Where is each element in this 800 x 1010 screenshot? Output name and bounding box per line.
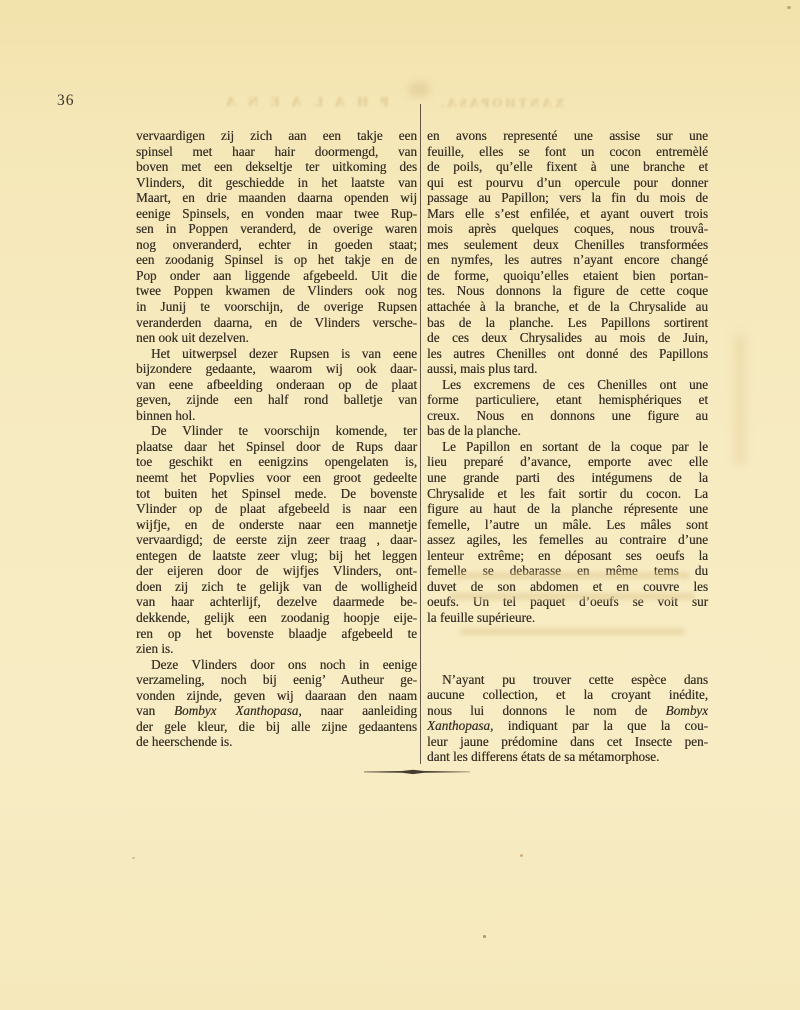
paper-show-through-mark xyxy=(735,335,745,465)
text-line: de poils, qu’elle fixent à une branche e… xyxy=(427,159,708,175)
species-name-emphasis: Bombyx xyxy=(666,703,708,718)
text-line: dant les differens états de sa métamorph… xyxy=(427,749,708,765)
text-line: les autres Chenilles ont donné des Papil… xyxy=(427,346,708,362)
text-line: femelle, l’autre un mâle. Les mâles sont xyxy=(427,517,708,533)
text-line: assez agiles, les femelles au contraire … xyxy=(427,532,708,548)
text-line: sen in Poppen veranderd, de overige ware… xyxy=(136,221,417,237)
text-line: feuille, elles se font un cocon entremèl… xyxy=(427,144,708,160)
text-line: der gele kleur, die bij alle zijne gedaa… xyxy=(136,719,417,735)
section-end-rule xyxy=(364,768,470,776)
text-line: aucune collection, et la croyant inédite… xyxy=(427,687,708,703)
paragraph: Les excremens de ces Chenilles ont unefo… xyxy=(427,377,708,439)
text-line: een zoodanig Spinsel is op het takje en … xyxy=(136,252,417,268)
paragraph: Het uitwerpsel dezer Rupsen is van eeneb… xyxy=(136,346,417,424)
text-line: eenige Spinsels, en vonden maar twee Rup… xyxy=(136,206,417,222)
paper-smudge xyxy=(408,82,430,97)
text-line: lenteur extrême; en déposant ses oeufs l… xyxy=(427,548,708,564)
paper-speck xyxy=(483,935,486,938)
text-line: Chrysalide et les fait sortir du cocon. … xyxy=(427,486,708,502)
text-line: vervaardigen zij zich aan een takje een xyxy=(136,128,417,144)
text-line: N’ayant pu trouver cette espèce dans xyxy=(427,672,708,688)
text-line: Les excremens de ces Chenilles ont une xyxy=(427,377,708,393)
text-line: van eene afbeelding onderaan op de plaat xyxy=(136,377,417,393)
text-line: plaatse daar het Spinsel door de Rups da… xyxy=(136,439,417,455)
column-divider-rule xyxy=(420,104,421,764)
text-line: van haar achterlijf, dezelve daarmede be… xyxy=(136,594,417,610)
paper-speck xyxy=(520,854,523,857)
text-line: van Bombyx Xanthopasa, naar aanleiding xyxy=(136,703,417,719)
text-line: De Vlinder te voorschijn komende, ter xyxy=(136,423,417,439)
text-line: en nymfes, les autres n’ayant encore cha… xyxy=(427,252,708,268)
text-line: mes seulement deux Chenilles transformée… xyxy=(427,237,708,253)
text-line: Deze Vlinders door ons noch in eenige xyxy=(136,657,417,673)
text-line: forme particuliere, etant hemisphériques… xyxy=(427,392,708,408)
text-line: la feuille supérieure. xyxy=(427,610,708,626)
text-line: de forme, quoiqu’elles etaient bien port… xyxy=(427,268,708,284)
show-through-ghost-text-right: XANTHOPASA. xyxy=(438,95,564,111)
text-line: binnen hol. xyxy=(136,408,417,424)
paragraph: N’ayant pu trouver cette espèce dansaucu… xyxy=(427,672,708,765)
text-line: tes. Nous donnons la figure de cette coq… xyxy=(427,283,708,299)
paper-speck xyxy=(132,857,135,859)
paper-show-through-mark xyxy=(460,628,685,635)
text-line: Vlinders, dit geschiedde in het laatste … xyxy=(136,175,417,191)
text-line: Maart, en drie maanden daarna openden wi… xyxy=(136,190,417,206)
text-line: lieu preparé d’avance, emporte avec elle xyxy=(427,454,708,470)
text-line: spinsel met haar hair doormengd, van xyxy=(136,144,417,160)
text-line: bas de la planche. xyxy=(427,423,708,439)
text-line: vonden zijnde, geven wij daaraan den naa… xyxy=(136,688,417,704)
paragraph: vervaardigen zij zich aan een takje eens… xyxy=(136,128,417,346)
text-line: neemt het Popvlies voor een groot gedeel… xyxy=(136,470,417,486)
paper-speck xyxy=(787,6,791,9)
text-line: wijfje, en de onderste naar een mannetje xyxy=(136,517,417,533)
text-line: de heerschende is. xyxy=(136,734,417,750)
text-line: nen ook uit dezelven. xyxy=(136,330,417,346)
text-line: ren op het bovenste blaadje afgebeeld te xyxy=(136,626,417,642)
text-line: in Junij te voorschijn, de overige Rupse… xyxy=(136,299,417,315)
species-name-emphasis: Bombyx xyxy=(174,703,216,718)
text-line: une grande parti des intégumens de la xyxy=(427,470,708,486)
text-line: bijzondere gedaante, waarom wij ook daar… xyxy=(136,361,417,377)
text-line: der eijeren door de wijfjes Vlinders, on… xyxy=(136,563,417,579)
text-line: dekkende, gelijk een zoodanig hoopje eij… xyxy=(136,610,417,626)
text-line: en avons representé une assise sur une xyxy=(427,128,708,144)
book-page: PHALAENA XANTHOPASA. 36 vervaardigen zij… xyxy=(0,0,800,1010)
text-line: toe geschikt en eenigzins opengelaten is… xyxy=(136,454,417,470)
text-line: passage au Papillon; vers la fin du mois… xyxy=(427,190,708,206)
text-line: twee Poppen kwamen de Vlinders ook nog xyxy=(136,283,417,299)
page-number: 36 xyxy=(57,92,75,110)
paper-show-through-mark xyxy=(455,572,690,579)
text-line: doen zij zich te gelijk van de wollighei… xyxy=(136,579,417,595)
text-line: Xanthopasa, indiquant par la que la cou- xyxy=(427,718,708,734)
text-line: bas de la planche. Les Papillons sortire… xyxy=(427,315,708,331)
text-line: zien is. xyxy=(136,641,417,657)
text-line: Vlinder op de plaat afgebeeld is naar ee… xyxy=(136,501,417,517)
paragraph: De Vlinder te voorschijn komende, terpla… xyxy=(136,423,417,656)
text-line: Mars elle s’est enfilée, et ayant ouvert… xyxy=(427,206,708,222)
text-line: tot buiten het Spinsel mede. De bovenste xyxy=(136,486,417,502)
paper-show-through-mark xyxy=(450,593,695,600)
text-line: leur jaune prédomine dans cet Insecte pe… xyxy=(427,734,708,750)
text-line: vervaardigd; de eerste zijn zeer traag ,… xyxy=(136,532,417,548)
text-line: boven met een dekseltje ter uitkoming de… xyxy=(136,159,417,175)
text-line: mois après quelques coques, nous trouvâ- xyxy=(427,221,708,237)
text-line: figure au haut de la planche répresente … xyxy=(427,501,708,517)
species-name-emphasis: Xanthopasa xyxy=(235,703,298,718)
paragraph: en avons representé une assise sur unefe… xyxy=(427,128,708,377)
text-line: Le Papillon en sortant de la coque par l… xyxy=(427,439,708,455)
species-name-emphasis: Xanthopasa xyxy=(427,718,490,733)
text-line: entegen de laatste zeer vlug; bij het le… xyxy=(136,548,417,564)
text-line: Pop onder aan liggende afgebeeld. Uit di… xyxy=(136,268,417,284)
text-line: creux. Nous en donnons une figure au xyxy=(427,408,708,424)
paragraph: Deze Vlinders door ons noch in eenigever… xyxy=(136,657,417,750)
french-text-column: en avons representé une assise sur unefe… xyxy=(427,128,708,765)
text-line: nous lui donnons le nom de Bombyx xyxy=(427,703,708,719)
text-line: nog onveranderd, echter in goeden staat; xyxy=(136,237,417,253)
text-line: verzameling, noch bij eenig’ Autheur ge- xyxy=(136,672,417,688)
text-line: aussi, mais plus tard. xyxy=(427,361,708,377)
text-line: geven, zijnde een half rond balletje van xyxy=(136,392,417,408)
show-through-ghost-text-left: PHALAENA xyxy=(214,95,389,111)
text-line: attachée à la branche, et de la Chrysali… xyxy=(427,299,708,315)
text-line: qui est pourvu d’un opercule pour donner xyxy=(427,175,708,191)
text-line: Het uitwerpsel dezer Rupsen is van eene xyxy=(136,346,417,362)
text-line: de ces deux Chrysalides au mois de Juin, xyxy=(427,330,708,346)
dutch-text-column: vervaardigen zij zich aan een takje eens… xyxy=(136,128,417,750)
text-line: veranderden daarna, en de Vlinders versc… xyxy=(136,315,417,331)
